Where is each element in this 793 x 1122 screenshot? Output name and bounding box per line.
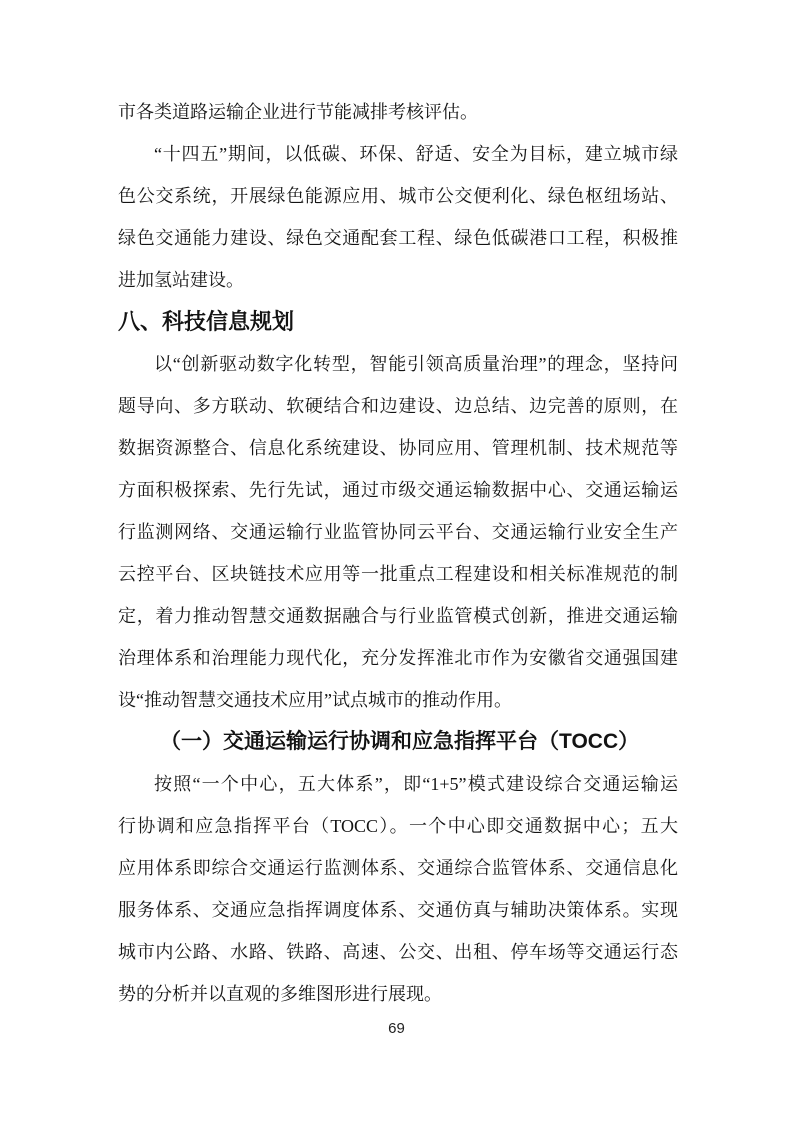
page-number: 69 bbox=[0, 1020, 793, 1037]
subsection-heading: （一）交通运输运行协调和应急指挥平台（TOCC） bbox=[118, 721, 678, 763]
text-line: 治理体系和治理能力现代化，充分发挥淮北市作为安徽省交通强国建 bbox=[118, 637, 678, 679]
text-line: 行协调和应急指挥平台（TOCC）。一个中心即交通数据中心；五大 bbox=[118, 805, 678, 847]
text-line: 进加氢站建设。 bbox=[118, 259, 678, 301]
text-line: 题导向、多方联动、软硬结合和边建设、边总结、边完善的原则，在 bbox=[118, 385, 678, 427]
text-line: 势的分析并以直观的多维图形进行展现。 bbox=[118, 973, 678, 1015]
text-line: 定，着力推动智慧交通数据融合与行业监管模式创新，推进交通运输 bbox=[118, 595, 678, 637]
text-line: “十四五”期间，以低碳、环保、舒适、安全为目标，建立城市绿 bbox=[118, 133, 678, 175]
text-line: 色公交系统，开展绿色能源应用、城市公交便利化、绿色枢纽场站、 bbox=[118, 175, 678, 217]
page-content: 市各类道路运输企业进行节能减排考核评估。 “十四五”期间，以低碳、环保、舒适、安… bbox=[118, 91, 678, 1015]
text-line: 绿色交通能力建设、绿色交通配套工程、绿色低碳港口工程，积极推 bbox=[118, 217, 678, 259]
text-line: 设“推动智慧交通技术应用”试点城市的推动作用。 bbox=[118, 679, 678, 721]
text-line: 方面积极探索、先行先试，通过市级交通运输数据中心、交通运输运 bbox=[118, 469, 678, 511]
text-line: 以“创新驱动数字化转型，智能引领高质量治理”的理念，坚持问 bbox=[118, 343, 678, 385]
text-line: 应用体系即综合交通运行监测体系、交通综合监管体系、交通信息化 bbox=[118, 847, 678, 889]
text-line: 城市内公路、水路、铁路、高速、公交、出租、停车场等交通运行态 bbox=[118, 931, 678, 973]
text-line: 按照“一个中心，五大体系”，即“1+5”模式建设综合交通运输运 bbox=[118, 763, 678, 805]
document-page: 市各类道路运输企业进行节能减排考核评估。 “十四五”期间，以低碳、环保、舒适、安… bbox=[0, 0, 793, 1122]
section-heading: 八、科技信息规划 bbox=[118, 301, 678, 343]
text-line: 市各类道路运输企业进行节能减排考核评估。 bbox=[118, 91, 678, 133]
text-line: 云控平台、区块链技术应用等一批重点工程建设和相关标准规范的制 bbox=[118, 553, 678, 595]
text-line: 数据资源整合、信息化系统建设、协同应用、管理机制、技术规范等 bbox=[118, 427, 678, 469]
text-line: 行监测网络、交通运输行业监管协同云平台、交通运输行业安全生产 bbox=[118, 511, 678, 553]
text-line: 服务体系、交通应急指挥调度体系、交通仿真与辅助决策体系。实现 bbox=[118, 889, 678, 931]
